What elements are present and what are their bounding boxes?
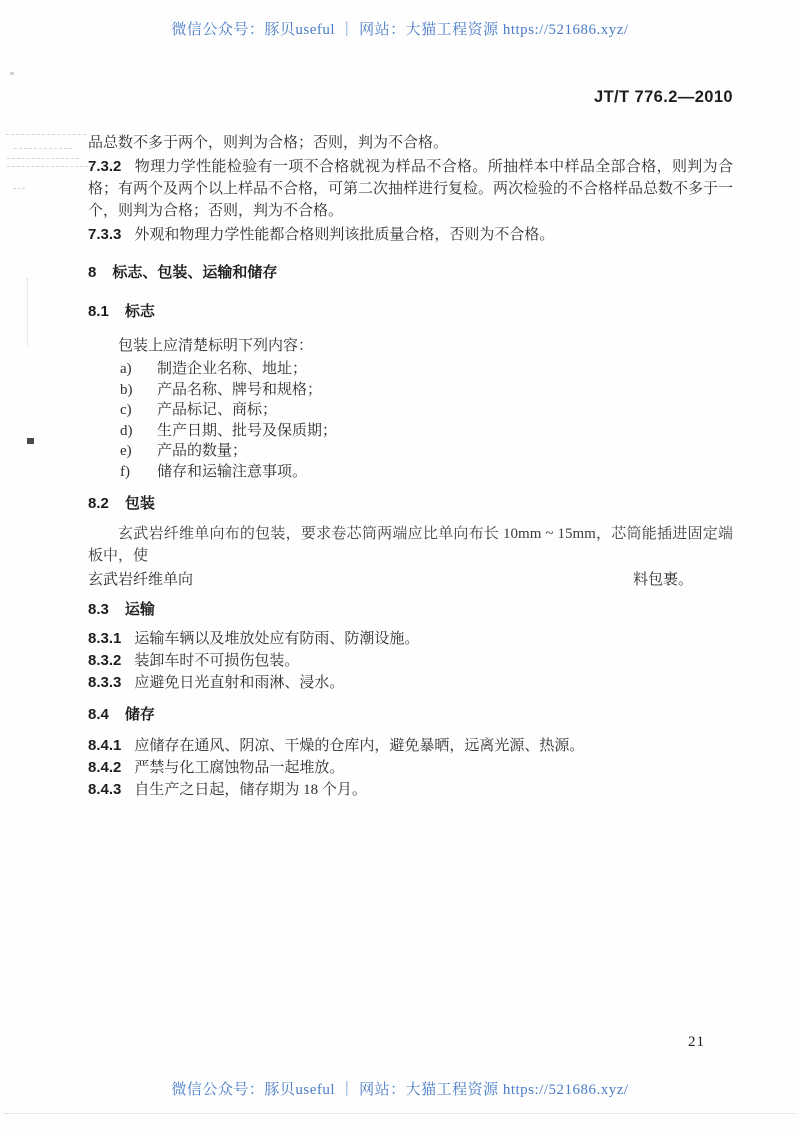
clause-number: 8.3.3 — [88, 674, 121, 691]
page-number: 21 — [688, 1034, 705, 1051]
list-marker: e) — [120, 441, 157, 462]
list-marker: a) — [120, 359, 157, 380]
marking-intro: 包装上应清楚标明下列内容： — [88, 335, 733, 357]
list-text: 制造企业名称、地址； — [157, 359, 307, 380]
clause-text: 物理力学性能检验有一项不合格就视为样品不合格。所抽样本中样品全部合格，则判为合格… — [88, 159, 733, 219]
list-text: 储存和运输注意事项。 — [157, 462, 307, 483]
section-number: 8.4 — [88, 706, 109, 723]
list-item: f)储存和运输注意事项。 — [120, 462, 733, 483]
clause-text: 严禁与化工腐蚀物品一起堆放。 — [134, 760, 344, 776]
list-item: a)制造企业名称、地址； — [120, 359, 733, 380]
list-marker: c) — [120, 400, 157, 421]
section-title: 储存 — [125, 706, 155, 723]
clause-7-3-3: 7.3.3外观和物理力学性能都合格则判该批质量合格，否则为不合格。 — [88, 224, 733, 246]
clause-text: 装卸车时不可损伤包装。 — [134, 653, 299, 669]
section-8-1-heading: 8.1标志 — [88, 301, 733, 323]
document-content: JT/T 776.2—2010 品总数不多于两个，则判为合格；否则，判为不合格。… — [88, 88, 733, 801]
section-number: 8.1 — [88, 303, 109, 320]
scan-bottom-dotted-line — [4, 1113, 796, 1114]
list-text: 产品的数量； — [157, 441, 247, 462]
list-item: b)产品名称、牌号和规格； — [120, 380, 733, 401]
list-item: c)产品标记、商标； — [120, 400, 733, 421]
section-title: 标志、包装、运输和储存 — [112, 264, 277, 281]
clause-text: 应储存在通风、阴凉、干燥的仓库内，避免暴晒，远离光源、热源。 — [134, 738, 584, 754]
clause-number: 8.3.1 — [88, 630, 121, 647]
clause-8-3-2: 8.3.2装卸车时不可损伤包装。 — [88, 650, 733, 672]
list-text: 产品名称、牌号和规格； — [157, 380, 322, 401]
scan-artifact-dashes — [6, 134, 86, 135]
paragraph-continuation: 品总数不多于两个，则判为合格；否则，判为不合格。 — [88, 132, 733, 154]
marking-list: a)制造企业名称、地址； b)产品名称、牌号和规格； c)产品标记、商标； d)… — [120, 359, 733, 483]
watermark-footer: 微信公众号：豚贝useful ｜ 网站：大猫工程资源 https://52168… — [0, 1078, 800, 1099]
scan-speck — [10, 72, 14, 75]
section-number: 8 — [88, 264, 96, 281]
packaging-line2-left-fragment: 玄武岩纤维单向 — [88, 569, 193, 591]
clause-8-3-3: 8.3.3应避免日光直射和雨淋、浸水。 — [88, 672, 733, 694]
clause-text: 应避免日光直射和雨淋、浸水。 — [134, 675, 344, 691]
clause-8-4-3: 8.4.3自生产之日起，储存期为 18 个月。 — [88, 779, 733, 801]
packaging-line2-right-fragment: 料包裹。 — [633, 569, 693, 591]
clause-8-4-1: 8.4.1应储存在通风、阴凉、干燥的仓库内，避免暴晒，远离光源、热源。 — [88, 735, 733, 757]
section-title: 包装 — [125, 495, 155, 512]
scan-artifact-dashes — [7, 166, 93, 167]
scan-artifact-dashes — [7, 158, 79, 159]
section-8-4-heading: 8.4储存 — [88, 704, 733, 726]
section-8-3-heading: 8.3运输 — [88, 599, 733, 621]
clause-8-3-1: 8.3.1运输车辆以及堆放处应有防雨、防潮设施。 — [88, 628, 733, 650]
list-item: d)生产日期、批号及保质期； — [120, 421, 733, 442]
clause-text: 自生产之日起，储存期为 18 个月。 — [134, 782, 367, 798]
section-number: 8.3 — [88, 601, 109, 618]
packaging-paragraph-line1: 玄武岩纤维单向布的包装，要求卷芯筒两端应比单向布长 10mm ~ 15mm，芯筒… — [88, 523, 733, 567]
clause-8-4-2: 8.4.2严禁与化工腐蚀物品一起堆放。 — [88, 757, 733, 779]
clause-number: 8.4.2 — [88, 759, 121, 776]
list-marker: d) — [120, 421, 157, 442]
packaging-paragraph-line2: 玄武岩纤维单向 料包裹。 — [88, 569, 733, 591]
list-text: 产品标记、商标； — [157, 400, 277, 421]
section-number: 8.2 — [88, 495, 109, 512]
scan-artifact-dotted-column — [27, 278, 28, 346]
watermark-header: 微信公众号：豚贝useful ｜ 网站：大猫工程资源 https://52168… — [0, 18, 800, 39]
clause-number: 8.3.2 — [88, 652, 121, 669]
section-8-2-heading: 8.2包装 — [88, 493, 733, 515]
clause-text: 运输车辆以及堆放处应有防雨、防潮设施。 — [134, 631, 419, 647]
list-text: 生产日期、批号及保质期； — [157, 421, 337, 442]
scan-artifact-dashes — [14, 148, 72, 149]
clause-number: 8.4.1 — [88, 737, 121, 754]
scan-dark-mark — [27, 438, 34, 444]
clause-number: 8.4.3 — [88, 781, 121, 798]
scan-faded-gap — [193, 569, 633, 591]
clause-number: 7.3.2 — [88, 158, 121, 175]
scan-artifact-dashes — [13, 188, 25, 189]
clause-text: 外观和物理力学性能都合格则判该批质量合格，否则为不合格。 — [134, 227, 554, 243]
clause-number: 7.3.3 — [88, 226, 121, 243]
list-marker: f) — [120, 462, 157, 483]
list-marker: b) — [120, 380, 157, 401]
section-8-heading: 8标志、包装、运输和储存 — [88, 262, 733, 284]
list-item: e)产品的数量； — [120, 441, 733, 462]
section-title: 标志 — [125, 303, 155, 320]
clause-7-3-2: 7.3.2物理力学性能检验有一项不合格就视为样品不合格。所抽样本中样品全部合格，… — [88, 156, 733, 222]
scanned-document-page: 微信公众号：豚贝useful ｜ 网站：大猫工程资源 https://52168… — [0, 0, 800, 1131]
section-title: 运输 — [125, 601, 155, 618]
standard-number: JT/T 776.2—2010 — [88, 88, 733, 108]
